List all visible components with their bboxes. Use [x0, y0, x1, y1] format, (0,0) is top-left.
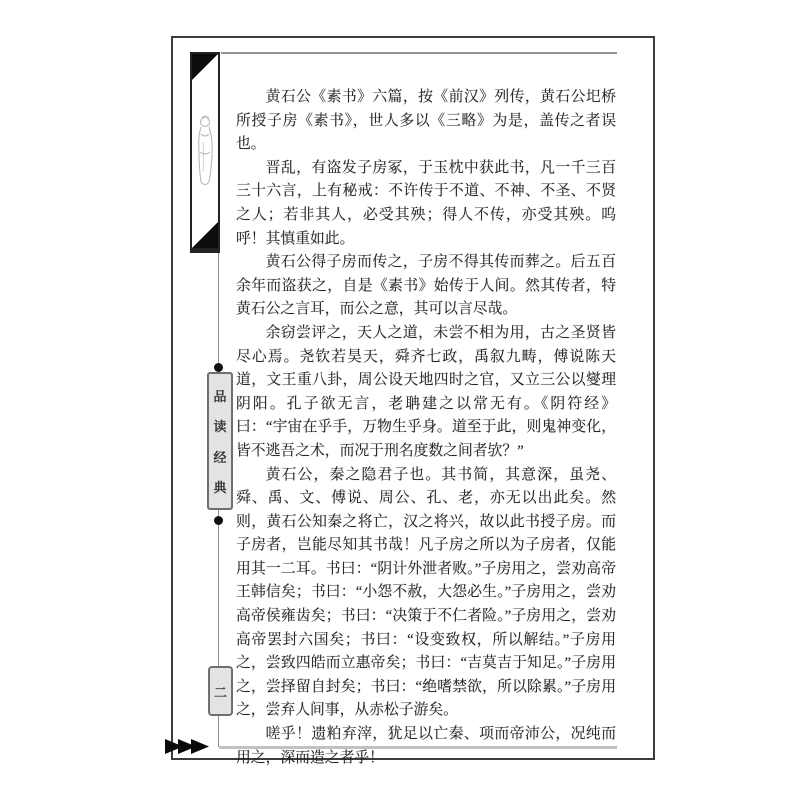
fast-forward-arrows-icon [165, 739, 204, 754]
paragraph-6: 嗟乎！遗粕弃滓，犹足以亡秦、项而帝沛公，况纯而用之，深而造之者乎！ [236, 723, 616, 770]
series-char-2: 读 [213, 416, 226, 435]
guide-line-dot-top-icon [214, 363, 223, 372]
paragraph-4: 余窃尝评之，天人之道，未尝不相为用，古之圣贤皆尽心焉。尧钦若昊天，舜齐七政，禹叙… [236, 322, 616, 464]
preface-text-block: 黄石公《素书》六篇，按《前汉》列传，黄石公圯桥所授子房《素书》，世人多以《三略》… [236, 86, 616, 770]
banner-fold-top-icon [192, 54, 218, 80]
paragraph-3: 黄石公得子房而传之，子房不得其传而葬之。后五百余年而盗获之，自是《素书》始传于人… [236, 251, 616, 322]
paragraph-2: 晋乱，有盗发子房冢，于玉枕中获此书，凡一千三百三十六言，上有秘戒：不许传于不道、… [236, 157, 616, 251]
decorative-banner [190, 52, 220, 253]
page-number-box: 二 [208, 666, 233, 716]
book-page: 品 读 经 典 二 黄石公《素书》六篇，按《前汉》列传，黄石公圯桥所授子房《素书… [0, 0, 800, 800]
paragraph-1: 黄石公《素书》六篇，按《前汉》列传，黄石公圯桥所授子房《素书》，世人多以《三略》… [236, 86, 616, 157]
paragraph-5: 黄石公，秦之隐君子也。其书简，其意深，虽尧、舜、禹、文、傅说、周公、孔、老，亦无… [236, 464, 616, 724]
banner-fold-bottom-icon [192, 222, 218, 248]
header-rule-line [221, 52, 617, 54]
series-title-box: 品 读 经 典 [207, 372, 233, 510]
series-char-4: 典 [213, 477, 226, 496]
sage-figure-illustration [192, 112, 218, 196]
series-char-1: 品 [213, 386, 226, 405]
guide-line-dot-bottom-icon [214, 516, 223, 525]
page-number: 二 [214, 682, 227, 701]
series-char-3: 经 [213, 447, 226, 466]
